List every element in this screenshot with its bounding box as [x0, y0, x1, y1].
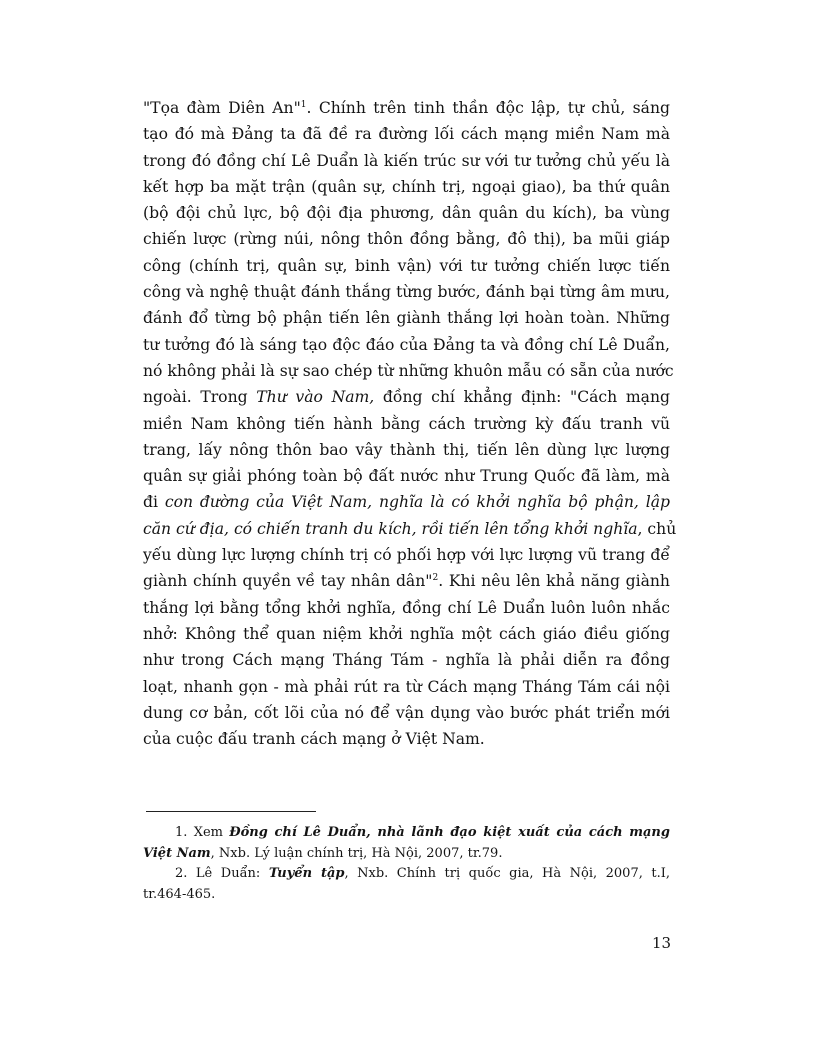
text-line: tạo đó mà Đảng ta đã đề ra đường lối các… [143, 121, 670, 147]
text-run: thắng lợi bằng tổng khởi nghĩa, đồng chí… [143, 599, 670, 617]
text-line: dung cơ bản, cốt lõi của nó để vận dụng … [143, 700, 670, 726]
text-run: 2. Lê Duẩn: [175, 866, 269, 881]
text-run: đồng chí khẳng định: "Cách mạng [374, 388, 670, 406]
text-run: dung cơ bản, cốt lõi của nó để vận dụng … [143, 704, 670, 722]
citation-title: Tuyển tập [269, 866, 345, 881]
footnote-line: tr.464-465. [143, 885, 670, 906]
footnote-line: 2. Lê Duẩn: Tuyển tập, Nxb. Chính trị qu… [143, 864, 670, 885]
text-run: trang, lấy nông thôn bao vây thành thị, … [143, 441, 670, 459]
text-run: quân sự giải phóng toàn bộ đất nước như … [143, 467, 670, 485]
footnote-line: Việt Nam, Nxb. Lý luận chính trị, Hà Nội… [143, 844, 670, 865]
text-line: loạt, nhanh gọn - mà phải rút ra từ Cách… [143, 674, 670, 700]
text-run: "Tọa đàm Diên An" [143, 99, 301, 117]
text-run: kết hợp ba mặt trận (quân sự, chính trị,… [143, 178, 670, 196]
text-run: (bộ đội chủ lực, bộ đội địa phương, dân … [143, 204, 670, 222]
text-line: trang, lấy nông thôn bao vây thành thị, … [143, 437, 670, 463]
text-line: miền Nam không tiến hành bằng cách trườn… [143, 411, 670, 437]
text-run: đánh đổ từng bộ phận tiến lên giành thắn… [143, 309, 670, 327]
italic-text: Thư vào Nam, [256, 388, 374, 406]
text-line: tư tưởng đó là sáng tạo độc đáo của Đảng… [143, 332, 670, 358]
text-run: , Nxb. Chính trị quốc gia, Hà Nội, 2007,… [344, 866, 670, 881]
text-line: căn cứ địa, có chiến tranh du kích, rồi … [143, 516, 670, 542]
text-line: "Tọa đàm Diên An"1. Chính trên tinh thần… [143, 95, 670, 121]
text-line: quân sự giải phóng toàn bộ đất nước như … [143, 463, 670, 489]
citation-title: Việt Nam [143, 846, 211, 861]
text-line: nó không phải là sự sao chép từ những kh… [143, 358, 670, 384]
footnote-separator [146, 811, 316, 812]
text-run: chiến lược (rừng núi, nông thôn đồng bằn… [143, 230, 670, 248]
page-number: 13 [652, 934, 671, 952]
text-run: , Nxb. Lý luận chính trị, Hà Nội, 2007, … [211, 846, 503, 861]
text-line: chiến lược (rừng núi, nông thôn đồng bằn… [143, 226, 670, 252]
citation-title: Đồng chí Lê Duẩn, nhà lãnh đạo kiệt xuất… [229, 825, 670, 840]
document-page: "Tọa đàm Diên An"1. Chính trên tinh thần… [0, 0, 816, 1056]
text-line: nhở: Không thể quan niệm khởi nghĩa một … [143, 621, 670, 647]
footnote-line: 1. Xem Đồng chí Lê Duẩn, nhà lãnh đạo ki… [143, 823, 670, 844]
text-run: , chủ [638, 520, 677, 538]
text-run: loạt, nhanh gọn - mà phải rút ra từ Cách… [143, 678, 670, 696]
body-paragraph: "Tọa đàm Diên An"1. Chính trên tinh thần… [143, 95, 670, 752]
text-run: . Chính trên tinh thần độc lập, tự chủ, … [306, 99, 670, 117]
text-run: tư tưởng đó là sáng tạo độc đáo của Đảng… [143, 336, 670, 354]
italic-text: căn cứ địa, có chiến tranh du kích, rồi … [143, 520, 638, 538]
text-line: trong đó đồng chí Lê Duẩn là kiến trúc s… [143, 148, 670, 174]
text-line: kết hợp ba mặt trận (quân sự, chính trị,… [143, 174, 670, 200]
text-line: đánh đổ từng bộ phận tiến lên giành thắn… [143, 305, 670, 331]
text-line: công (chính trị, quân sự, binh vận) với … [143, 253, 670, 279]
text-run: miền Nam không tiến hành bằng cách trườn… [143, 415, 670, 433]
text-line: (bộ đội chủ lực, bộ đội địa phương, dân … [143, 200, 670, 226]
italic-text: con đường của Việt Nam, nghĩa là có khởi… [165, 493, 670, 511]
text-run: . Khi nêu lên khả năng giành [438, 572, 670, 590]
text-run: đi [143, 493, 165, 511]
text-line: đi con đường của Việt Nam, nghĩa là có k… [143, 489, 670, 515]
text-run: nó không phải là sự sao chép từ những kh… [143, 362, 674, 380]
text-run: như trong Cách mạng Tháng Tám - nghĩa là… [143, 651, 670, 669]
text-run: giành chính quyền về tay nhân dân" [143, 572, 432, 590]
text-line: giành chính quyền về tay nhân dân"2. Khi… [143, 568, 670, 594]
text-line: thắng lợi bằng tổng khởi nghĩa, đồng chí… [143, 595, 670, 621]
text-run: của cuộc đấu tranh cách mạng ở Việt Nam. [143, 730, 485, 748]
text-run: trong đó đồng chí Lê Duẩn là kiến trúc s… [143, 152, 670, 170]
text-run: ngoài. Trong [143, 388, 256, 406]
text-run: yếu dùng lực lượng chính trị có phối hợp… [143, 546, 670, 564]
footnotes: 1. Xem Đồng chí Lê Duẩn, nhà lãnh đạo ki… [143, 823, 670, 905]
text-line: yếu dùng lực lượng chính trị có phối hợp… [143, 542, 670, 568]
text-run: tạo đó mà Đảng ta đã đề ra đường lối các… [143, 125, 670, 143]
text-run: công và nghệ thuật đánh thắng từng bước,… [143, 283, 670, 301]
text-line: ngoài. Trong Thư vào Nam, đồng chí khẳng… [143, 384, 670, 410]
text-line: công và nghệ thuật đánh thắng từng bước,… [143, 279, 670, 305]
text-run: tr.464-465. [143, 887, 215, 902]
text-run: nhở: Không thể quan niệm khởi nghĩa một … [143, 625, 670, 643]
text-line: như trong Cách mạng Tháng Tám - nghĩa là… [143, 647, 670, 673]
text-run: công (chính trị, quân sự, binh vận) với … [143, 257, 670, 275]
text-run: 1. Xem [175, 825, 229, 840]
text-line: của cuộc đấu tranh cách mạng ở Việt Nam. [143, 726, 670, 752]
